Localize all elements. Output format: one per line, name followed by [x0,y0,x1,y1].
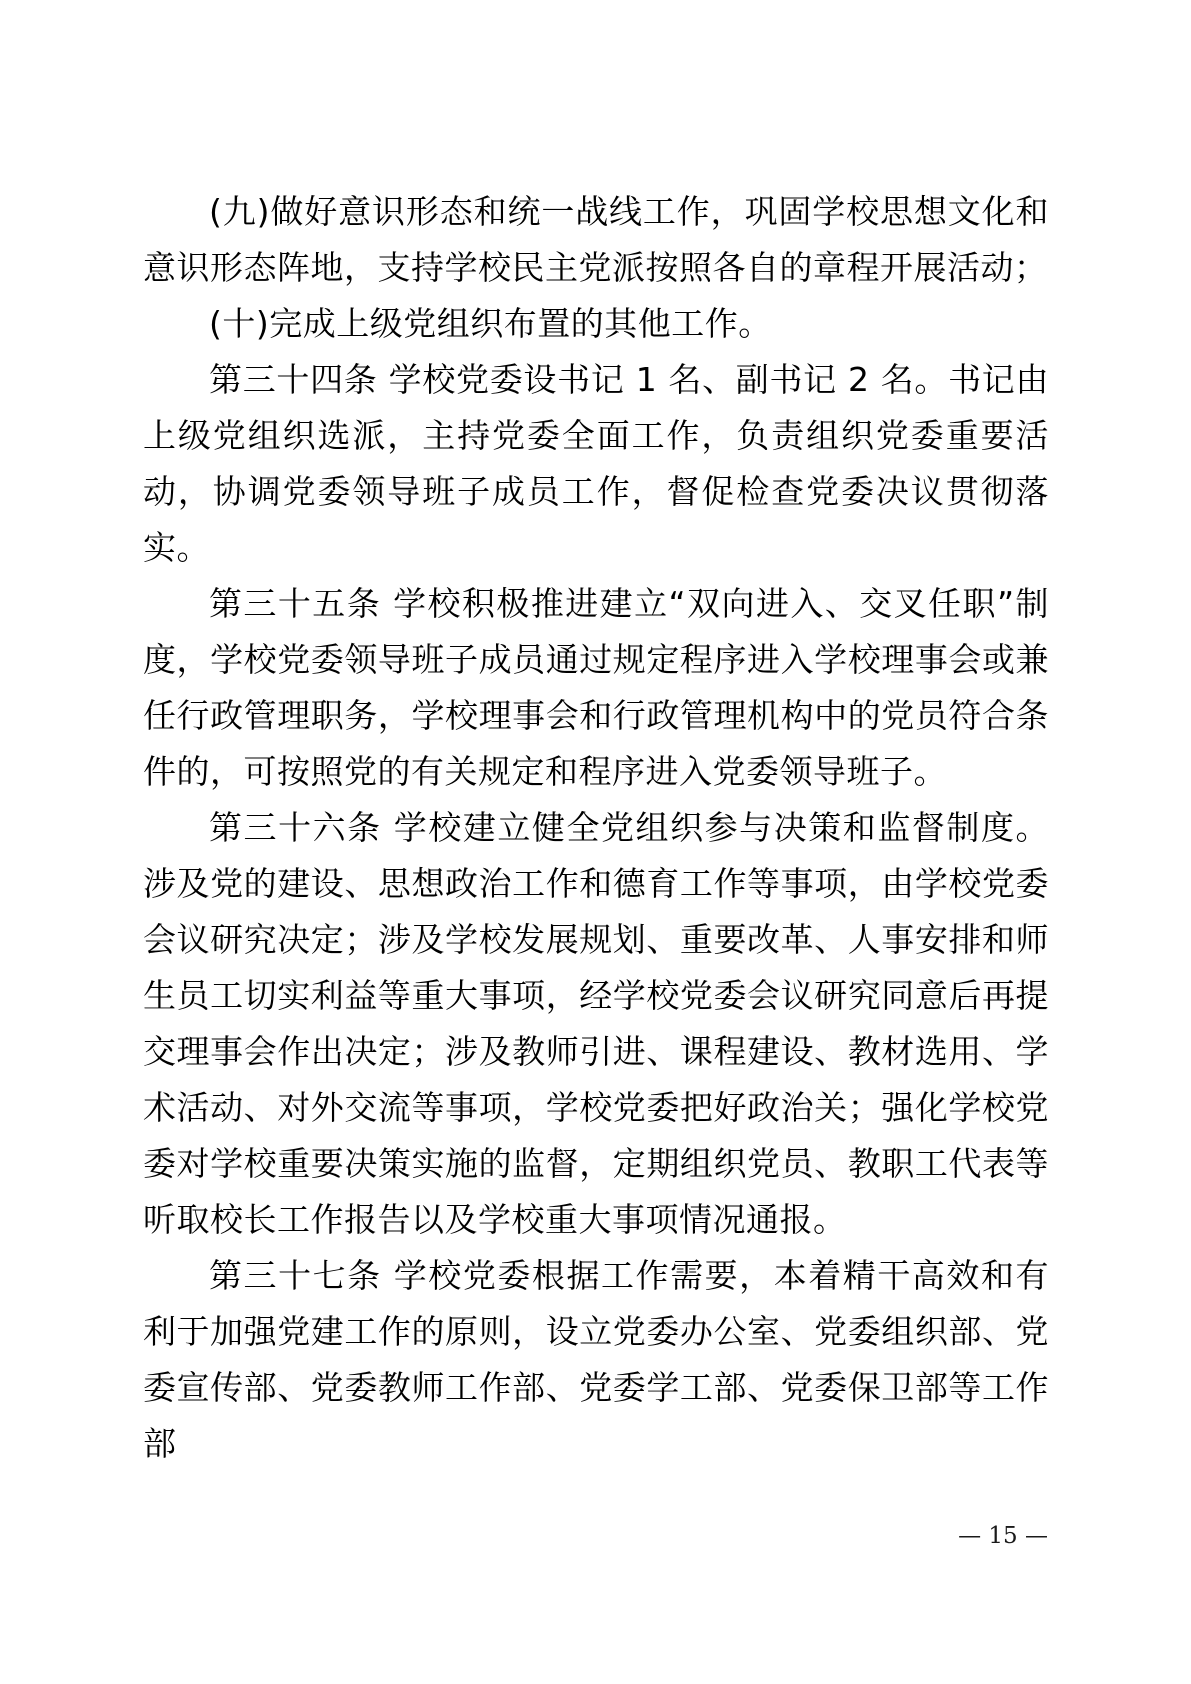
paragraph-article-35: 第三十五条 学校积极推进建立“双向进入、交叉任职”制度，学校党委领导班子成员通过… [143,576,1049,800]
page-footer: — 15 — [958,1522,1048,1550]
paragraph-clause-nine: (九)做好意识形态和统一战线工作，巩固学校思想文化和意识形态阵地，支持学校民主党… [143,184,1049,296]
page-number: — 15 — [958,1523,1048,1549]
paragraph-article-34: 第三十四条 学校党委设书记 1 名、副书记 2 名。书记由上级党组织选派，主持党… [143,352,1049,576]
document-page: (九)做好意识形态和统一战线工作，巩固学校思想文化和意识形态阵地，支持学校民主党… [0,0,1191,1684]
paragraph-clause-ten: (十)完成上级党组织布置的其他工作。 [143,296,1049,352]
paragraph-article-37: 第三十七条 学校党委根据工作需要，本着精干高效和有利于加强党建工作的原则，设立党… [143,1248,1049,1472]
paragraph-article-36: 第三十六条 学校建立健全党组织参与决策和监督制度。涉及党的建设、思想政治工作和德… [143,800,1049,1248]
document-body: (九)做好意识形态和统一战线工作，巩固学校思想文化和意识形态阵地，支持学校民主党… [143,184,1049,1472]
